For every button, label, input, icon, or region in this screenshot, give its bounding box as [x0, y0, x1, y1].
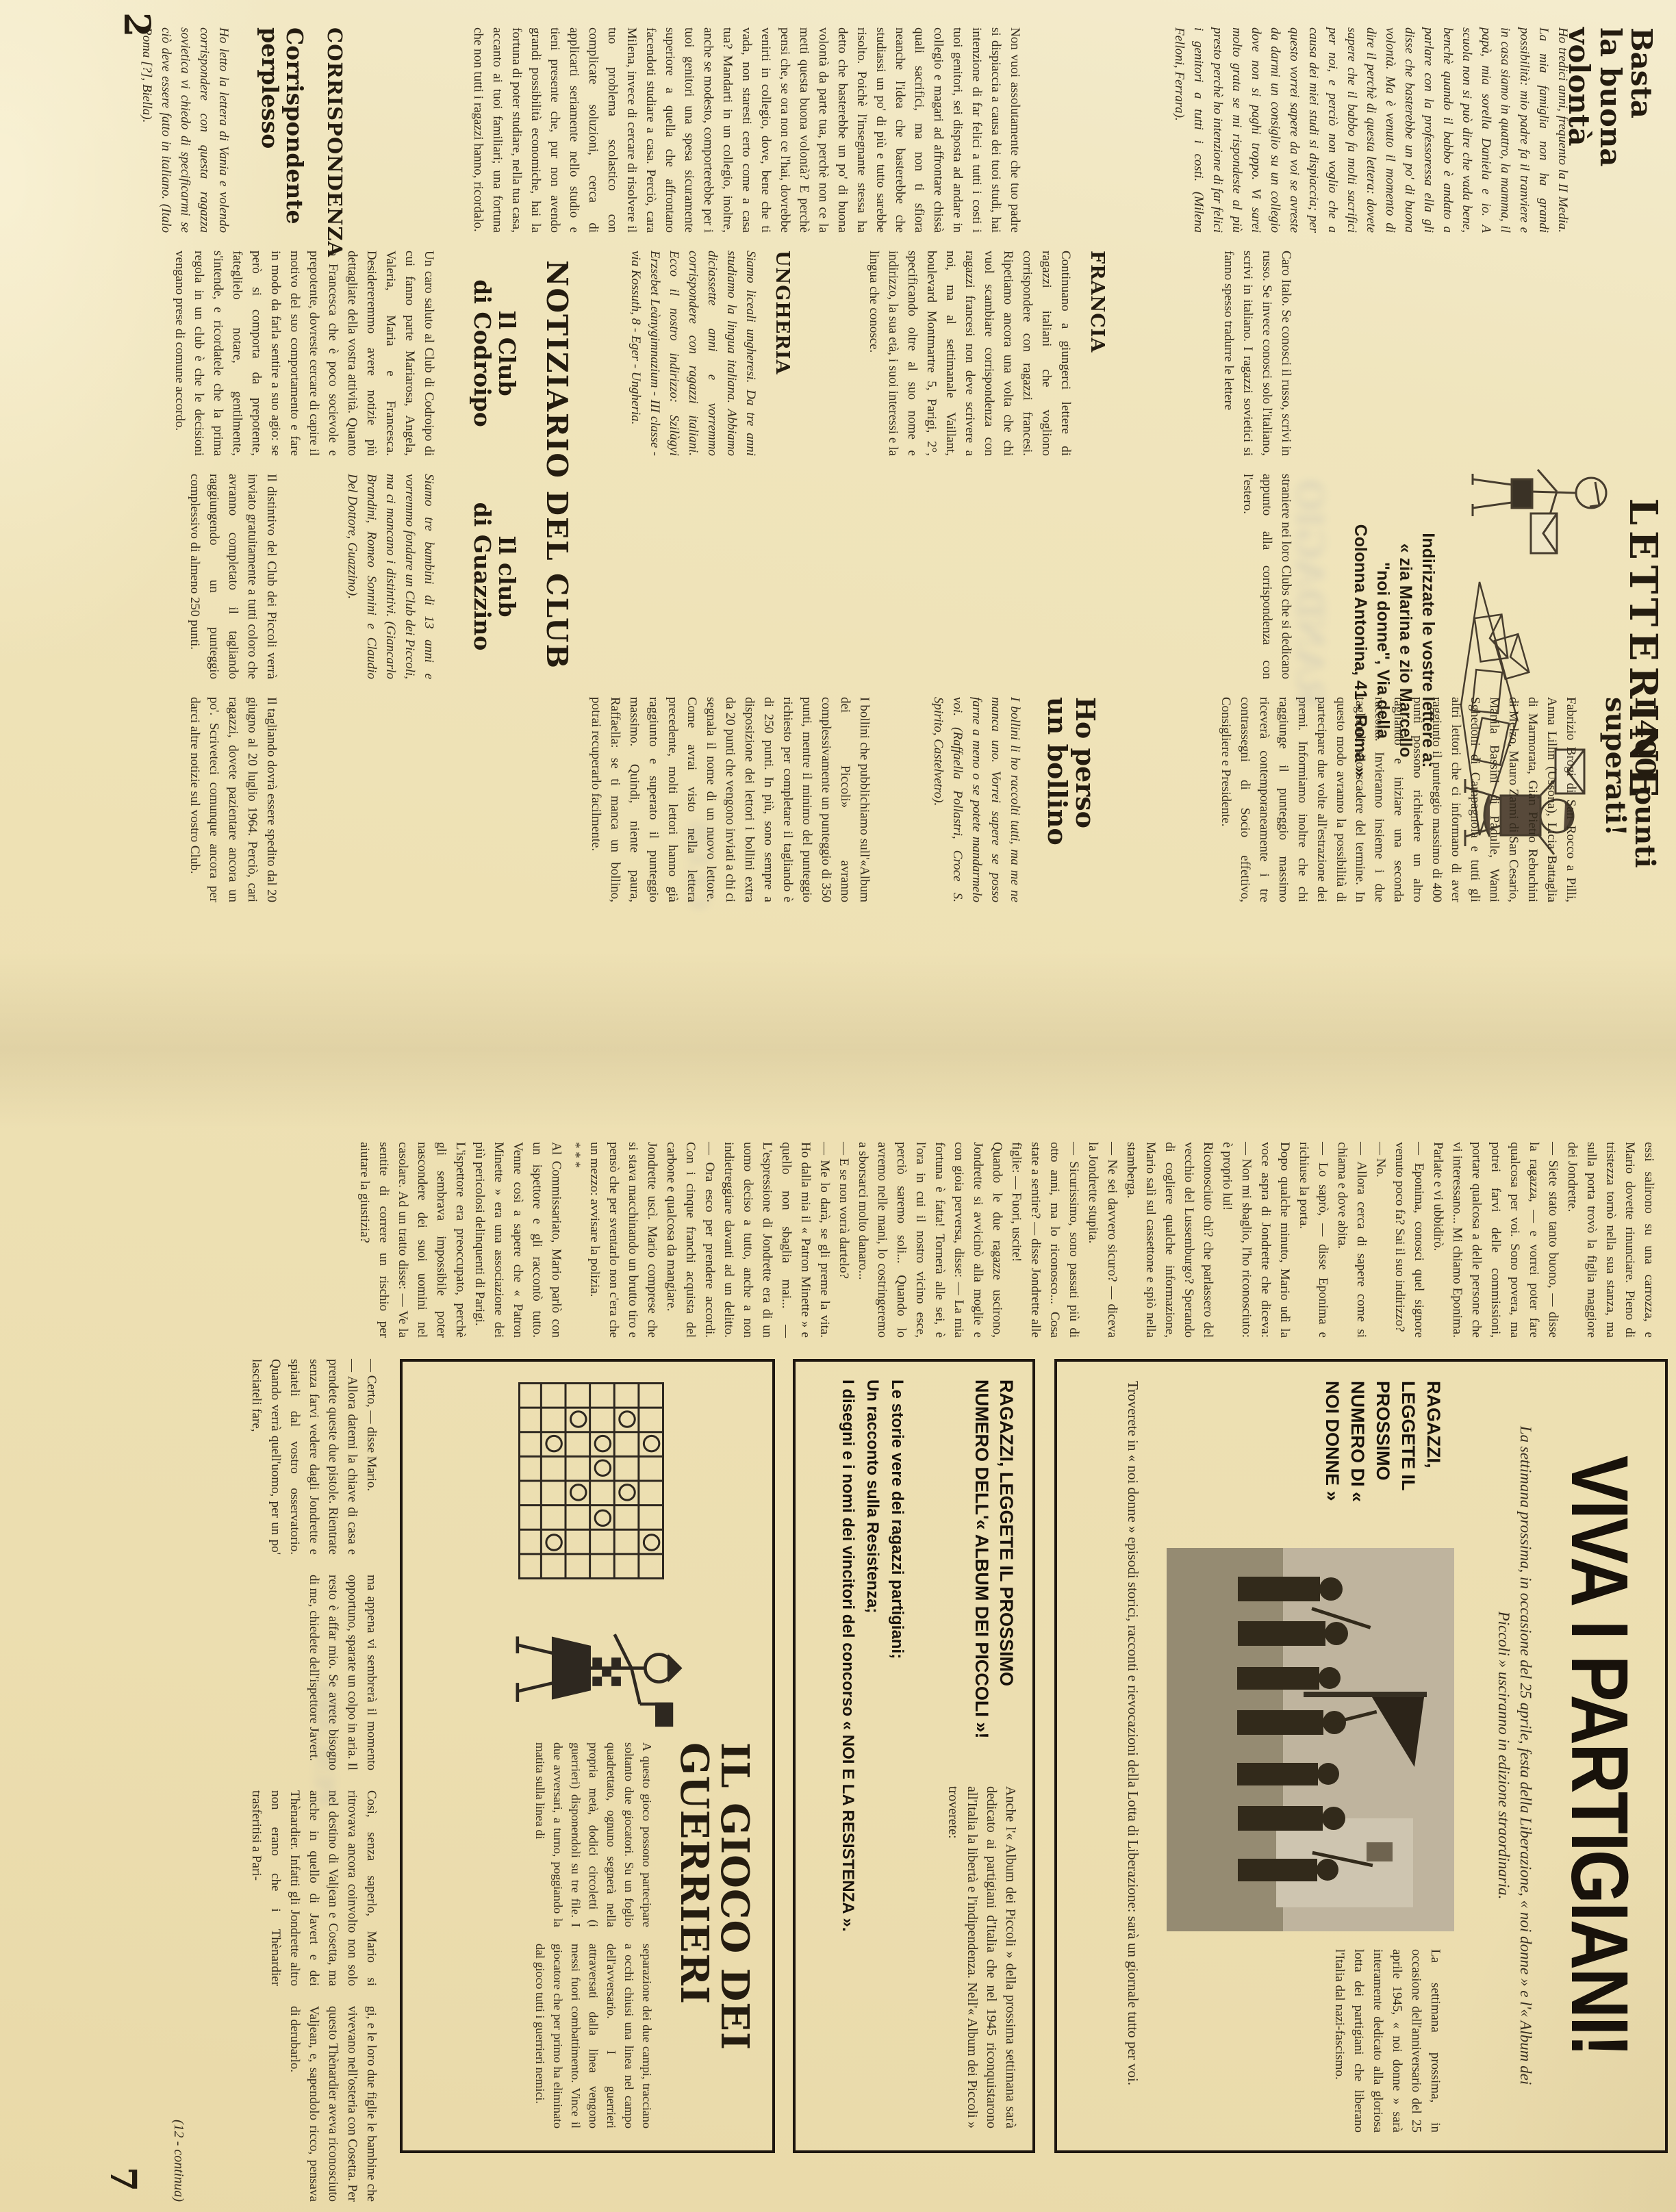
- codroipo-body: Un caro saluto al Club di Codroipo di cu…: [170, 251, 438, 456]
- subhead-line: Corrispondente: [282, 27, 307, 233]
- partisan-photo: [1167, 1548, 1454, 1931]
- printing-spread: Basta la buona volontà Ho tredici anni, …: [0, 0, 1676, 2212]
- article-title-basta: Basta la buona volontà: [1564, 27, 1657, 233]
- viva-intro: La settimana prossima, in occasione del …: [1493, 1423, 1536, 2087]
- subhead-club-codroipo: Il Club di Codroipo: [470, 251, 519, 456]
- bollino-letter: I bollini li ho raccolti tutti, ma me ne…: [928, 697, 1024, 902]
- reply-caro-italo-part2: straniere nei loro Clubs che si dedicano…: [1238, 474, 1295, 679]
- viva-partigiani-box: VIVA I PARTIGIANI! La settimana prossima…: [1054, 1359, 1668, 2153]
- guazzino-reply-part2: Il tagliando dovrà essere spedito dal 20…: [185, 697, 281, 902]
- subhead-line: Il club: [494, 474, 519, 679]
- album-promo-body: Anche l'« Album dei Piccoli » della pros…: [943, 1786, 1020, 2128]
- album-promo-list: Le storie vere dei ragazzi partigiani; U…: [835, 1380, 909, 2126]
- reply-milena: Non vuoi assolutamente che tuo padre si …: [367, 27, 1024, 233]
- gioco-guerrieri-title: IL GIOCO DEI GUERRIERI: [674, 1742, 754, 2133]
- gioco-body-col1: A questo gioco possono partecipare solta…: [531, 1742, 656, 1927]
- subhead-club-guazzino: Il club di Guazzino: [470, 474, 519, 679]
- subhead-line: perplesso: [258, 27, 283, 233]
- subhead-line: di Guazzino: [470, 474, 495, 679]
- guazzino-letter: Siamo tre bambini di 13 anni e vorremmo …: [342, 474, 438, 679]
- noidonne-lead: RAGAZZI, LEGGETE IL PROSSIMO NUMERO DI «…: [1319, 1381, 1446, 1538]
- section-header-notiziario: NOTIZIARIO DEL CLUB: [542, 251, 572, 679]
- magazine-scan-page: { "page2": { "folio": "2", "basta": { "t…: [0, 0, 1676, 2212]
- album-promo-box: RAGAZZI, LEGGETE IL PROSSIMO NUMERO DELL…: [793, 1359, 1035, 2153]
- subhead-corrispondente-perplesso: Corrispondente perplesso: [258, 27, 307, 233]
- page-number-7: 7: [102, 2167, 144, 2191]
- section-header-ungheria: UNGHERIA: [772, 251, 793, 456]
- game-grid-illustration: [514, 1378, 668, 1584]
- reply-caro-italo-part1: Caro Italo. Se conosci il russo, scrivi …: [1219, 251, 1295, 456]
- letter-italo-poma: Ho letto la lettera di Vania e volendo c…: [137, 27, 233, 233]
- francia-body: Continuano a giungerci lettere di ragazz…: [864, 251, 1075, 456]
- page-number-2: 2: [116, 12, 157, 37]
- punti-body: Fabrizio Brogi di San Rocco a Pilli, Ann…: [1216, 697, 1580, 902]
- story-column: Così, senza saperlo, Mario si ritrovava …: [246, 1790, 381, 1986]
- title-line: I 400 punti: [1630, 697, 1660, 902]
- article-title-bollino: Ho perso un bollino: [1043, 697, 1100, 902]
- section-header-francia: FRANCIA: [1087, 251, 1108, 456]
- story-continua: (12 - continua): [170, 2006, 186, 2202]
- gioco-body-col2: separazione dei due campi, tracciano a o…: [531, 1944, 656, 2128]
- subhead-line: di Codroipo: [470, 251, 495, 456]
- gioco-guerrieri-box: IL GIOCO DEI GUERRIERI A questo gioco po…: [400, 1359, 775, 2153]
- title-line: Basta: [1626, 27, 1657, 233]
- knight-illustration: [512, 1603, 683, 1729]
- spread-gutter: [0, 952, 1676, 1130]
- bollino-reply: I bollini che pubblichiamo sull'«Album d…: [586, 697, 874, 902]
- story-column: ma appena vi sembrerà il momento opportu…: [304, 1575, 381, 1770]
- letter-milena: Ho tredici anni, frequento la II Media. …: [1169, 27, 1572, 233]
- album-promo-lead: RAGAZZI, LEGGETE IL PROSSIMO NUMERO DELL…: [969, 1380, 1019, 1763]
- story-column: essi salirono su una carrozza, e Mario d…: [355, 1142, 1658, 1338]
- section-header-corrispondenza: CORRISPONDENZA: [323, 27, 346, 233]
- ungheria-letter: Siamo liceali ungheresi. Da tre anni stu…: [626, 251, 760, 456]
- story-column: — Certo, — disse Mario. — Allora datemi …: [246, 1359, 381, 1555]
- title-line: Ho perso: [1071, 697, 1100, 902]
- noidonne-body: La settimana prossima, in occasione dell…: [1330, 1949, 1445, 2133]
- viva-partigiani-title: VIVA I PARTIGIANI!: [1553, 1423, 1646, 2088]
- guazzino-reply-part1: Il distintivo del Club dei Piccoli verrà…: [185, 474, 281, 679]
- title-line: un bollino: [1043, 697, 1071, 902]
- title-line: la buona volontà: [1564, 27, 1626, 233]
- story-column: gi, e le loro due figlie le bambine che …: [285, 2006, 381, 2202]
- noidonne-footer: Troverete in « noi donne » episodi stori…: [1123, 1381, 1143, 2133]
- article-title-400-punti: I 400 punti superati!: [1601, 697, 1660, 902]
- title-line: superati!: [1601, 697, 1630, 902]
- subhead-line: Il Club: [494, 251, 519, 456]
